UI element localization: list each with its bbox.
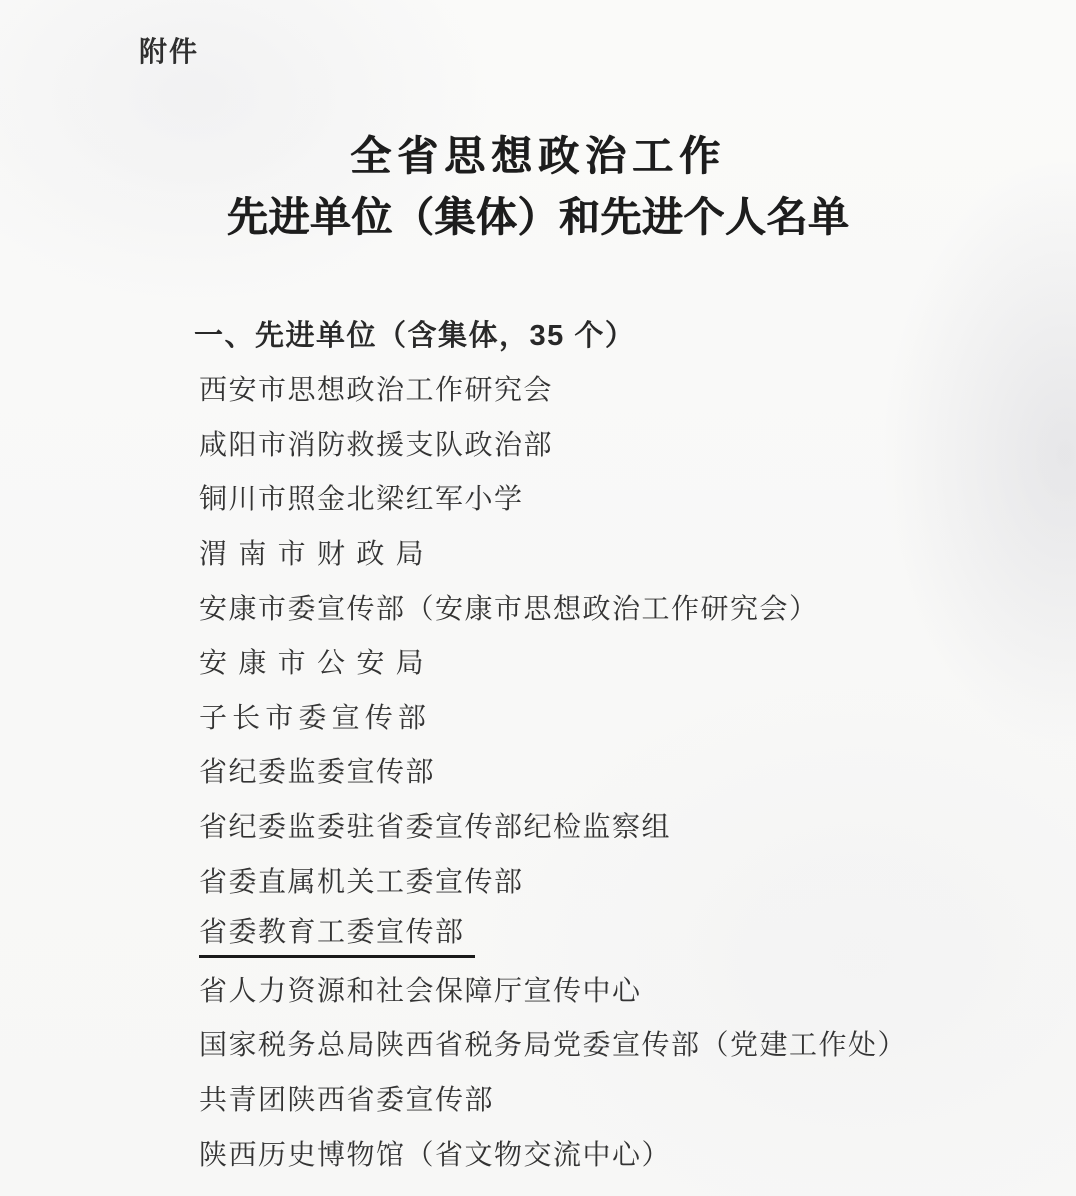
- unit-name: 陕西历史博物馆（省文物交流中心）: [199, 1133, 671, 1173]
- unit-name: 省纪委监委宣传部: [199, 750, 435, 790]
- unit-name: 安康市委宣传部（安康市思想政治工作研究会）: [199, 587, 819, 627]
- scanned-document-page: 附件 全省思想政治工作 先进单位（集体）和先进个人名单 一、先进单位（含集体，3…: [0, 0, 1076, 1196]
- unit-list-item: 安康市公安局: [199, 634, 1059, 689]
- unit-list-item: 共青团陕西省委宣传部: [199, 1071, 1059, 1126]
- title-line-2: 先进单位（集体）和先进个人名单: [25, 187, 1051, 248]
- unit-name: 共青团陕西省委宣传部: [199, 1078, 494, 1118]
- unit-list-item: 陕西历史博物馆（省文物交流中心）: [199, 1125, 1059, 1180]
- unit-list-item: 省纪委监委驻省委宣传部纪检监察组: [199, 798, 1059, 853]
- unit-name: 渭南市财政局: [199, 532, 435, 572]
- unit-list-item: 省委直属机关工委宣传部: [199, 852, 1059, 907]
- unit-name: 西安市思想政治工作研究会: [199, 368, 553, 408]
- unit-list-item: 咸阳市消防救援支队政治部: [199, 416, 1059, 471]
- unit-list-item: 西安市思想政治工作研究会: [199, 361, 1059, 416]
- unit-list-item: 渭南市财政局: [199, 525, 1059, 580]
- attachment-label: 附件: [139, 30, 199, 70]
- unit-name: 咸阳市消防救援支队政治部: [199, 423, 553, 463]
- unit-name: 铜川市照金北梁红军小学: [199, 477, 524, 517]
- title-line-1: 全省思想政治工作: [25, 126, 1051, 187]
- unit-name: 省委教育工委宣传部: [199, 910, 475, 958]
- unit-name: 子长市委宣传部: [199, 696, 431, 736]
- advanced-unit-list: 西安市思想政治工作研究会 咸阳市消防救援支队政治部 铜川市照金北梁红军小学 渭南…: [199, 361, 1059, 1180]
- unit-list-item: 国家税务总局陕西省税务局党委宣传部（党建工作处）: [199, 1016, 1059, 1071]
- unit-list-item: 省委教育工委宣传部: [199, 907, 1059, 962]
- unit-name: 省人力资源和社会保障厅宣传中心: [199, 969, 642, 1009]
- unit-list-item: 省人力资源和社会保障厅宣传中心: [199, 962, 1059, 1017]
- unit-name: 省纪委监委驻省委宣传部纪检监察组: [199, 805, 671, 845]
- section-heading-advanced-units: 一、先进单位（含集体，35 个）: [194, 316, 635, 356]
- unit-list-item: 安康市委宣传部（安康市思想政治工作研究会）: [199, 579, 1059, 634]
- unit-list-item: 子长市委宣传部: [199, 689, 1059, 744]
- unit-list-item: 省纪委监委宣传部: [199, 743, 1059, 798]
- unit-name: 省委直属机关工委宣传部: [199, 860, 524, 900]
- unit-name: 国家税务总局陕西省税务局党委宣传部（党建工作处）: [199, 1023, 907, 1063]
- unit-list-item: 铜川市照金北梁红军小学: [199, 470, 1059, 525]
- unit-name: 安康市公安局: [199, 641, 435, 681]
- document-title: 全省思想政治工作 先进单位（集体）和先进个人名单: [25, 126, 1051, 248]
